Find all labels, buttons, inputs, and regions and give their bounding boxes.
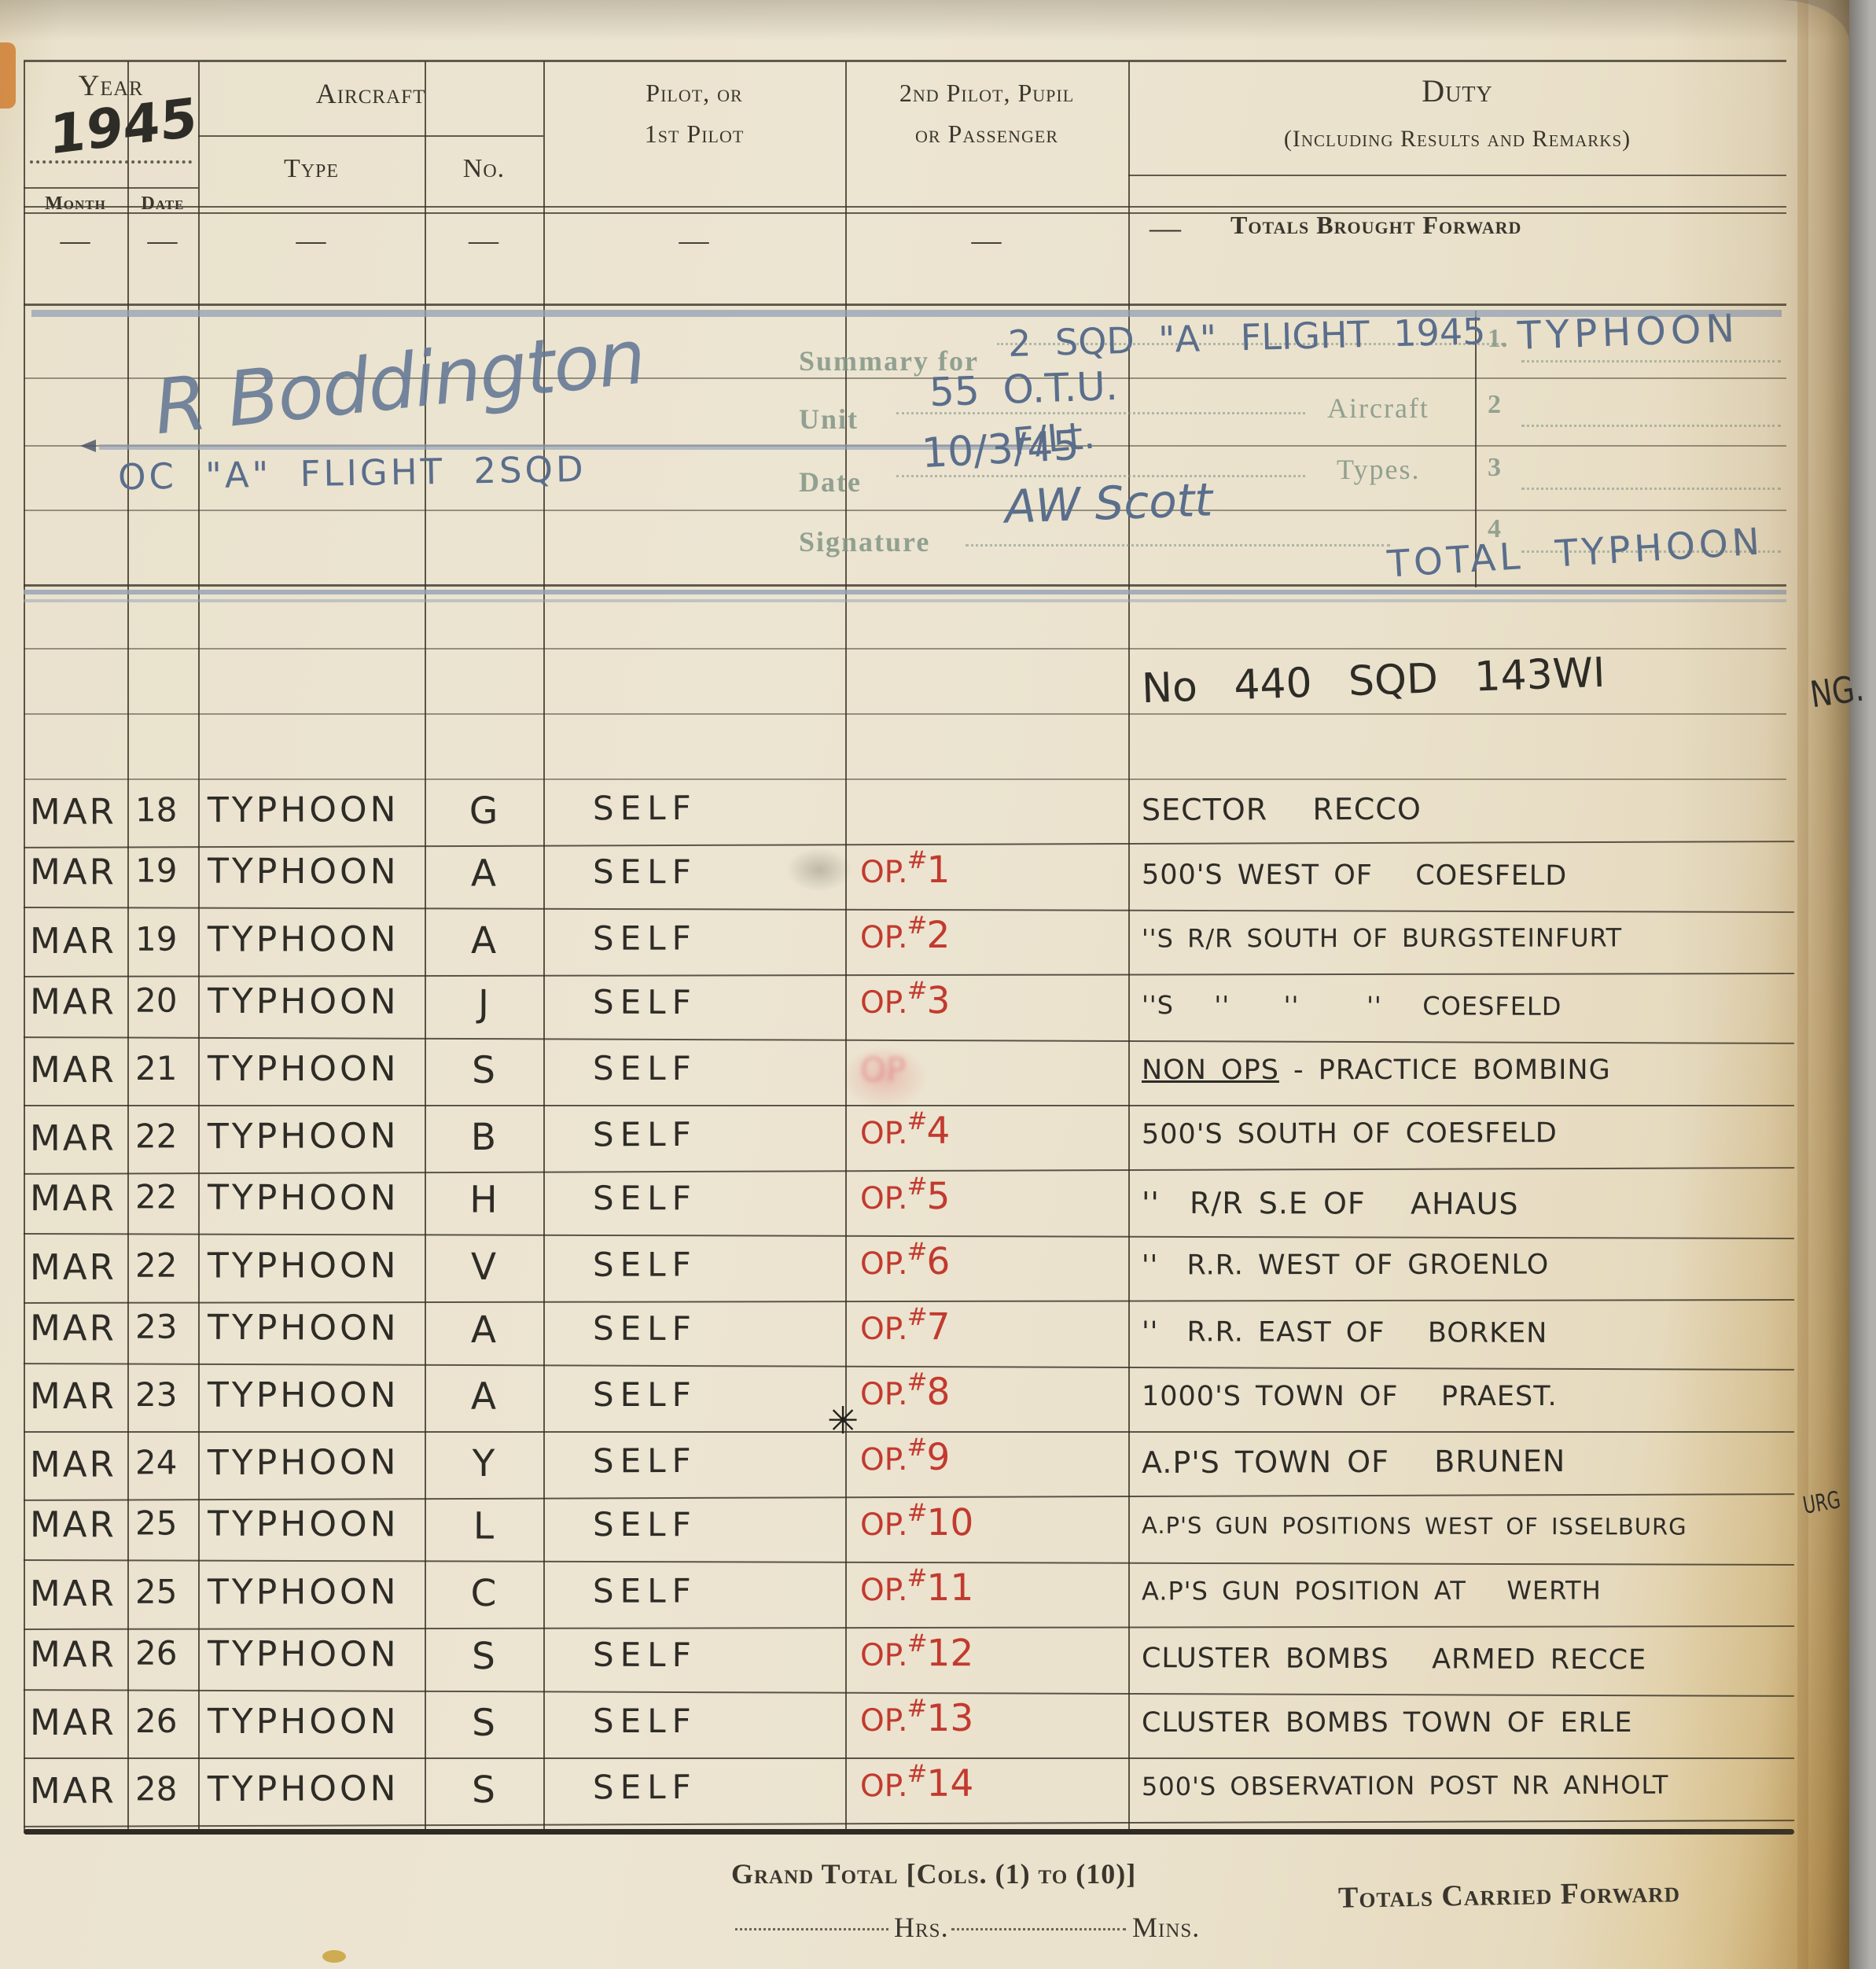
table-row: MAR 18 TYPHOON G SELF SECTOR RECCO [24, 775, 1794, 848]
table-row: MAR 25 TYPHOON C SELF OP.#11 A.P'S GUN P… [24, 1560, 1794, 1630]
duty-cell: 500'S WEST OF COESFELD [1142, 862, 1567, 890]
rule-line [24, 304, 1786, 306]
rule-line [1128, 175, 1786, 176]
aircraft-type-cell: TYPHOON [208, 1119, 399, 1154]
dotted-line [1521, 360, 1781, 363]
page-edge-shadow [1849, 0, 1876, 1969]
pilot-cell: SELF [593, 1639, 697, 1672]
pilot-cell: SELF [593, 856, 697, 889]
aircraft-no-cell: L [425, 1507, 543, 1544]
table-row: MAR 22 TYPHOON H SELF OP.#5 '' R/R S.E O… [24, 1168, 1794, 1239]
aircraft-type-cell: TYPHOON [208, 793, 399, 828]
table-row: MAR 23 TYPHOON A SELF OP.#7 '' R.R. EAST… [24, 1297, 1794, 1371]
table-row: MAR 26 TYPHOON S SELF OP.#12 CLUSTER BOM… [24, 1624, 1794, 1697]
table-row: MAR 23 TYPHOON A SELF OP.#8 1000'S TOWN … [24, 1366, 1794, 1433]
blank-dash: — [845, 223, 1128, 258]
op-number-cell: OP.#14 [860, 1765, 974, 1803]
op-number-cell: OP.#4 [860, 1113, 951, 1150]
aircraft-total-row-number: 1. [1488, 324, 1508, 354]
pilot-cell: SELF [593, 1771, 697, 1804]
second-pilot-column-label-line2: or Passenger [845, 120, 1128, 149]
op-number-cell: OP.#9 [860, 1439, 951, 1476]
aircraft-no-cell: A [425, 1312, 543, 1349]
date-cell: 24 [135, 1446, 178, 1479]
aircraft-type-cell: TYPHOON [208, 1378, 399, 1413]
date-cell: 22 [135, 1180, 178, 1213]
table-row: MAR 19 TYPHOON A SELF OP.#1 500'S WEST O… [24, 841, 1794, 913]
pilot-cell: SELF [593, 986, 697, 1019]
op-number-cell: OP.#8 [860, 1374, 950, 1411]
aircraft-type-cell: TYPHOON [208, 1249, 399, 1283]
pen-arrow [80, 440, 96, 452]
duty-cell: 500'S OBSERVATION POST NR ANHOLT [1142, 1772, 1668, 1799]
rule-line [24, 187, 198, 189]
date-cell: 19 [135, 854, 178, 887]
duty-cell: '' R/R S.E OF AHAUS [1142, 1188, 1519, 1219]
pilot-cell: SELF [593, 1312, 697, 1345]
aircraft-no-cell: B [425, 1119, 543, 1157]
aircraft-type-cell: TYPHOON [208, 1311, 399, 1346]
duty-cell: SECTOR RECCO [1142, 794, 1422, 825]
pilot-cell: SELF [593, 1052, 697, 1085]
aircraft-column-label: Aircraft [198, 77, 543, 110]
aircraft-no-cell: H [425, 1181, 543, 1218]
signature-value: AW Scott [1004, 473, 1213, 533]
aircraft-no-cell: Y [425, 1445, 543, 1483]
op-number-cell: OP.#2 [860, 917, 951, 954]
date-cell: 25 [135, 1507, 178, 1540]
rule-line [24, 60, 1786, 62]
date-cell: 28 [135, 1772, 178, 1805]
date-cell: 21 [135, 1052, 177, 1085]
month-cell: MAR [30, 1447, 116, 1482]
duty-cell: ''S R/R SOUTH OF BURGSTEINFURT [1142, 925, 1622, 951]
table-bottom-rule [24, 1829, 1794, 1835]
op-number-cell: OP.#5 [860, 1178, 951, 1215]
table-row: MAR 21 TYPHOON S SELF NON OPS - PRACTICE… [24, 1040, 1794, 1106]
op-number-cell: OP.#10 [860, 1504, 973, 1541]
dotted-line [966, 544, 1390, 547]
pilot-cell: SELF [593, 1118, 697, 1151]
aircraft-type-cell: TYPHOON [208, 984, 399, 1020]
month-cell: MAR [30, 1121, 116, 1156]
pilot-cell: SELF [593, 1705, 697, 1738]
date-cell: 23 [135, 1311, 178, 1344]
rule-line [24, 713, 1786, 715]
aircraft-type-cell: TYPHOON [208, 1181, 399, 1216]
aircraft-no-cell: A [425, 922, 543, 959]
rule-line [24, 206, 1786, 208]
grand-total-label: Grand Total [Cols. (1) to (10)] [731, 1857, 1136, 1890]
aircraft-type-cell: TYPHOON [208, 1507, 399, 1543]
op-number-cell: OP.#13 [860, 1700, 973, 1737]
signature-stamp: Signature [799, 525, 930, 558]
month-cell: MAR [30, 794, 116, 830]
paper-stain [322, 1950, 346, 1963]
date-cell: 26 [135, 1705, 177, 1738]
officer-unit: OC "A" FLIGHT 2SQD [118, 448, 587, 498]
aircraft-no-cell: C [425, 1575, 543, 1612]
table-row: MAR 25 TYPHOON L SELF OP.#10 A.P'S GUN P… [24, 1494, 1794, 1566]
aircraft-type-cell: TYPHOON [208, 1637, 399, 1673]
aircraft-total-row-value: TYPHOON [1517, 306, 1740, 359]
month-cell: MAR [30, 1636, 116, 1672]
date-cell: 18 [135, 793, 178, 826]
totals-carried-forward-label: Totals Carried Forward [1338, 1875, 1681, 1916]
mins-label: Mins. [1132, 1911, 1200, 1944]
rule-line [24, 584, 1786, 587]
op-number-cell: OP.#6 [860, 1243, 951, 1280]
op-number-cell: OP.#3 [860, 982, 951, 1019]
dotted-line [1521, 488, 1781, 490]
rule-line [198, 135, 543, 137]
aircraft-no-cell: J [425, 985, 543, 1023]
blank-dash: — [127, 223, 198, 258]
month-cell: MAR [30, 1576, 116, 1611]
aircraft-type-cell: TYPHOON [208, 1705, 399, 1739]
aircraft-no-cell: A [425, 1378, 543, 1415]
aircraft-no-cell: A [425, 855, 543, 892]
pilot-cell: SELF [593, 1508, 697, 1541]
duty-cell: '' R.R. WEST OF GROENLO [1142, 1252, 1549, 1280]
month-cell: MAR [30, 1310, 116, 1345]
page-top-shadow [0, 0, 1849, 41]
op-number-cell: OP.#1 [860, 852, 951, 889]
duty-cell: ''S '' '' '' COESFELD [1142, 992, 1562, 1019]
duty-dash: — [1150, 209, 1182, 246]
pilot-cell: SELF [593, 1445, 697, 1478]
date-stamp: Date [799, 466, 862, 499]
duty-cell: '' R.R. EAST OF BORKEN [1142, 1319, 1547, 1348]
aircraft-no-cell: V [425, 1249, 543, 1286]
aircraft-type-cell: TYPHOON [208, 922, 399, 957]
date-cell: 19 [135, 923, 178, 956]
blank-dash: — [543, 223, 845, 258]
aircraft-type-cell: TYPHOON [208, 1445, 399, 1481]
second-pilot-column-label-line1: 2nd Pilot, Pupil [845, 79, 1128, 108]
aircraft-no-cell: S [425, 1705, 543, 1742]
rule-line [24, 648, 1786, 650]
duty-cell: A.P'S GUN POSITIONS WEST OF ISSELBURG [1142, 1514, 1687, 1539]
month-cell: MAR [30, 854, 116, 889]
pilot-cell: SELF [593, 922, 697, 955]
duty-cell: CLUSTER BOMBS ARMED RECCE [1142, 1645, 1646, 1674]
aircraft-type-cell: TYPHOON [208, 855, 399, 890]
no-column-label: No. [425, 154, 543, 184]
month-cell: MAR [30, 1378, 116, 1414]
totals-brought-forward-label: Totals Brought Forward [1230, 211, 1521, 240]
table-row: MAR 19 TYPHOON A SELF OP.#2 ''S R/R SOUT… [24, 907, 1794, 977]
aircraft-no-cell: S [425, 1772, 543, 1809]
blue-pen-band [24, 590, 1786, 594]
dotted-line [735, 1928, 888, 1930]
aircraft-stamp: Aircraft [1327, 392, 1429, 425]
month-cell: MAR [30, 1705, 116, 1740]
table-row: MAR 28 TYPHOON S SELF OP.#14 500'S OBSER… [24, 1754, 1794, 1827]
month-cell: MAR [30, 923, 116, 959]
table-row: MAR 20 TYPHOON J SELF OP.#3 ''S '' '' ''… [24, 971, 1794, 1044]
aircraft-no-cell: S [425, 1638, 543, 1676]
table-row: MAR 24 TYPHOON Y SELF OP.#9 A.P'S TOWN O… [24, 1428, 1794, 1501]
rule-line [24, 510, 1786, 511]
pilot-column-label-line2: 1st Pilot [543, 120, 845, 149]
blank-dash: — [425, 223, 543, 258]
dotted-line [951, 1928, 1126, 1930]
month-cell: MAR [30, 1180, 116, 1216]
month-cell: MAR [30, 1507, 116, 1542]
officer-rank: F/Lt. [1011, 414, 1097, 465]
squadron-note-overflow: NG. [1808, 667, 1867, 716]
aircraft-no-cell: G [425, 793, 543, 830]
duty-cell: A.P'S GUN POSITION AT WERTH [1142, 1577, 1602, 1603]
op-number-cell: OP.#12 [860, 1635, 974, 1673]
aircraft-total-row-number: 3 [1488, 453, 1501, 483]
dotted-line [1521, 425, 1781, 427]
aircraft-total-row-number: 2 [1488, 390, 1501, 420]
duty-cell: 1000'S TOWN OF PRAEST. [1142, 1383, 1558, 1411]
op-number-cell: OP.#11 [860, 1570, 973, 1606]
table-row: MAR 26 TYPHOON S SELF OP.#13 CLUSTER BOM… [24, 1692, 1794, 1759]
rule-line [24, 212, 1786, 214]
duty-cell: 500'S SOUTH OF COESFELD [1142, 1120, 1558, 1149]
date-cell: 23 [135, 1378, 177, 1411]
op-number-cell: OP.#7 [860, 1308, 951, 1345]
aircraft-no-cell: S [425, 1052, 543, 1089]
date-cell: 22 [135, 1249, 178, 1283]
unit-value: 55 O.T.U. [929, 363, 1119, 415]
page-corner-mark [0, 42, 16, 109]
month-cell: MAR [30, 1052, 116, 1088]
aircraft-type-cell: TYPHOON [208, 1772, 399, 1807]
month-cell: MAR [30, 1249, 116, 1285]
table-row: MAR 22 TYPHOON V SELF OP.#6 '' R.R. WEST… [24, 1234, 1794, 1304]
pilot-column-label-line1: Pilot, or [543, 79, 845, 108]
smudged-op-mark: OP [860, 1051, 906, 1089]
duty-cell: A.P'S TOWN OF BRUNEN [1142, 1446, 1565, 1478]
aircraft-type-cell: TYPHOON [208, 1575, 399, 1610]
pilot-cell: SELF [593, 1182, 697, 1215]
date-cell: 22 [135, 1120, 178, 1153]
logbook-page: Year 1945 Month Date Aircraft Type No. P… [0, 0, 1876, 1969]
pilot-cell: SELF [593, 1378, 697, 1411]
pilot-cell: SELF [593, 1574, 697, 1607]
blue-pen-band [24, 599, 1786, 602]
month-column-label: Month [24, 193, 127, 215]
duty-column-sublabel: (Including Results and Remarks) [1128, 126, 1786, 153]
type-column-label: Type [198, 154, 425, 184]
aircraft-type-cell: TYPHOON [208, 1052, 399, 1087]
blank-dash: — [24, 223, 127, 258]
blank-dash: — [198, 223, 425, 258]
pilot-cell: SELF [593, 1248, 697, 1281]
month-cell: MAR [30, 984, 116, 1019]
hrs-label: Hrs. [894, 1911, 949, 1944]
table-row: MAR 22 TYPHOON B SELF OP.#4 500'S SOUTH … [24, 1102, 1794, 1175]
types-stamp: Types. [1337, 453, 1420, 486]
month-cell: MAR [30, 1773, 116, 1809]
date-cell: 25 [135, 1576, 178, 1609]
duty-cell: NON OPS - PRACTICE BOMBING [1142, 1057, 1611, 1084]
date-column-label: Date [127, 193, 198, 215]
duty-cell: CLUSTER BOMBS TOWN OF ERLE [1142, 1710, 1633, 1737]
date-cell: 26 [135, 1637, 178, 1670]
date-cell: 20 [135, 984, 178, 1018]
unit-stamp: Unit [799, 403, 859, 436]
duty-column-label: Duty [1128, 72, 1786, 109]
pilot-cell: SELF [593, 792, 697, 825]
